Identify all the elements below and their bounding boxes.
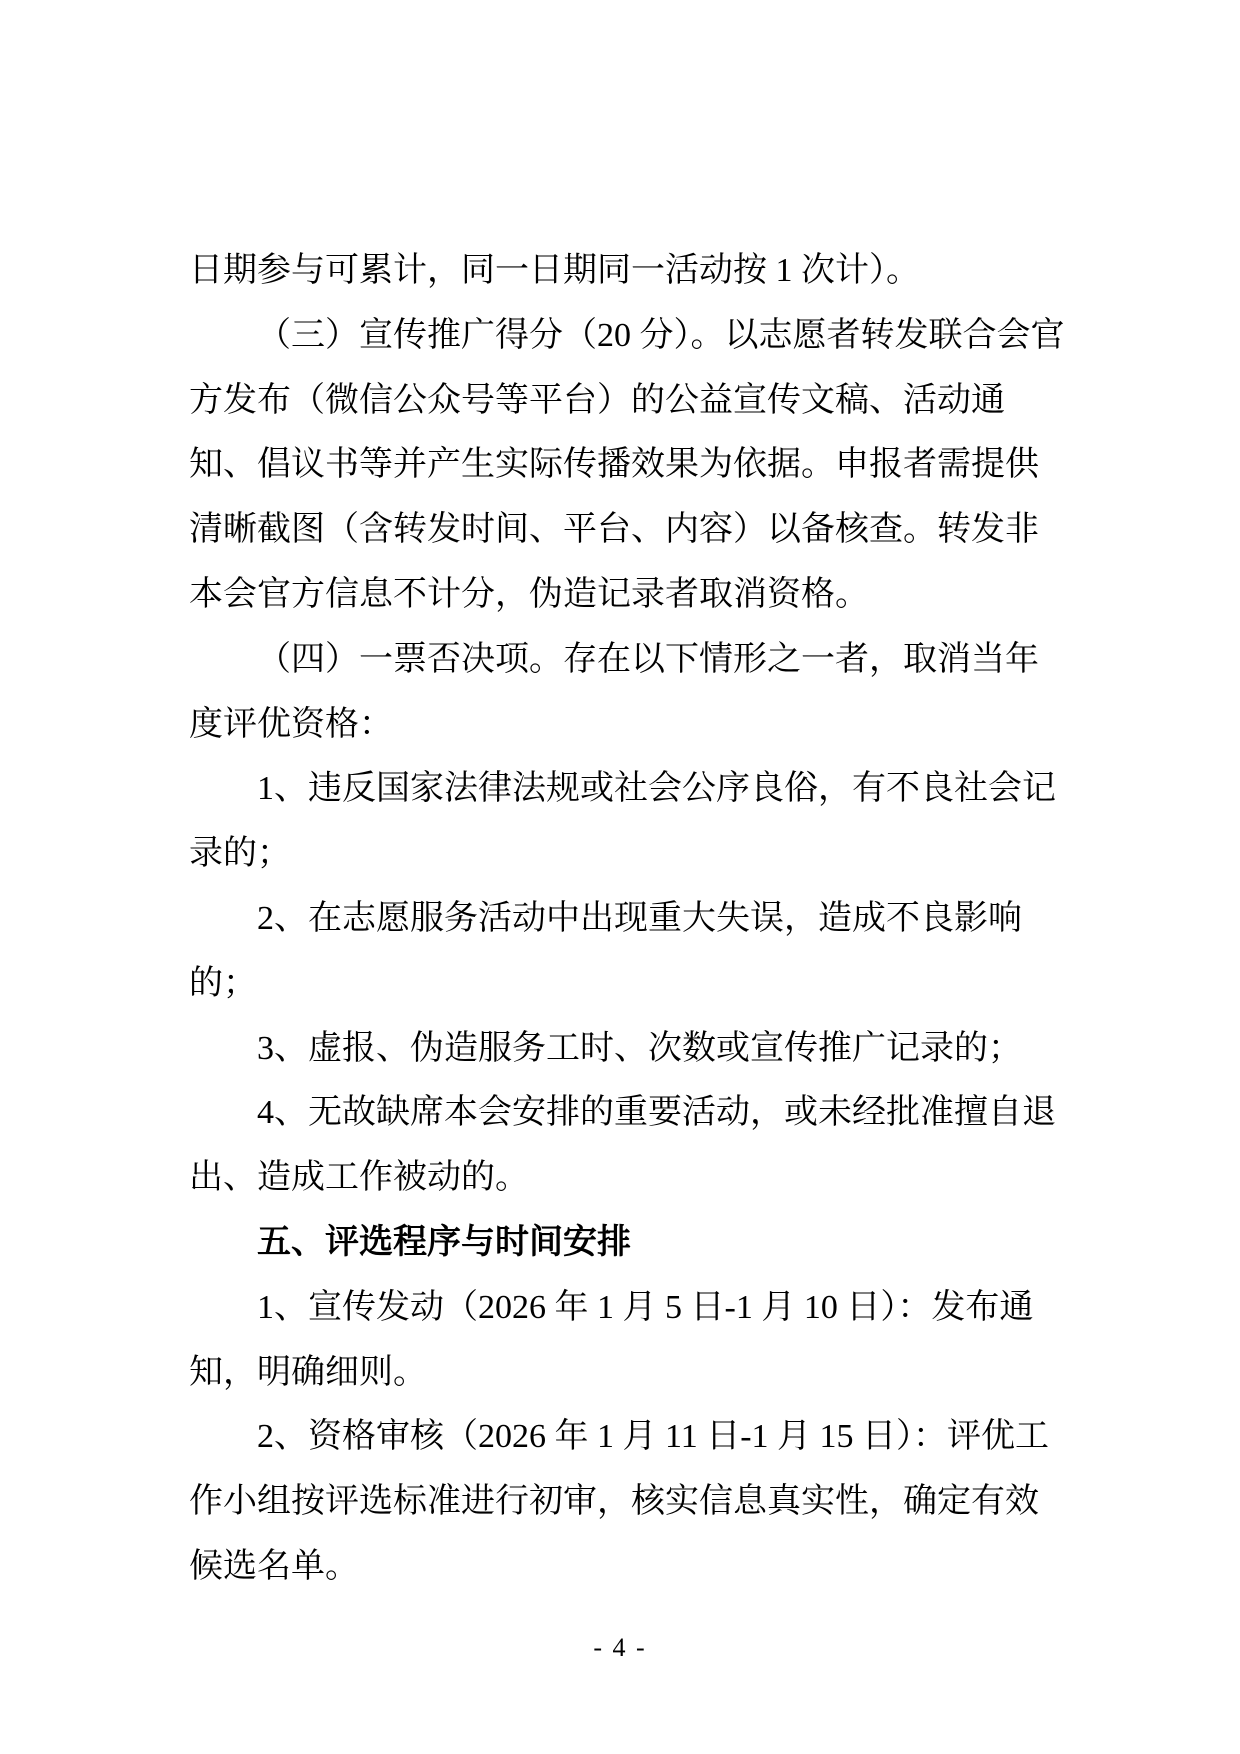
text-line: 方发布（微信公众号等平台）的公益宣传文稿、活动通 <box>189 369 1051 434</box>
text-line: （四）一票否决项。存在以下情形之一者，取消当年 <box>189 628 1051 693</box>
paragraph: 1、违反国家法律法规或社会公序良俗，有不良社会记录的； <box>189 757 1051 887</box>
paragraph: 4、无故缺席本会安排的重要活动，或未经批准擅自退出、造成工作被动的。 <box>189 1081 1051 1211</box>
text-line: 2、资格审核（2026 年 1 月 11 日-1 月 15 日）：评优工 <box>189 1405 1051 1470</box>
text-line: （三）宣传推广得分（20 分）。以志愿者转发联合会官 <box>189 304 1051 369</box>
text-line: 知，明确细则。 <box>189 1341 1051 1406</box>
paragraph: （三）宣传推广得分（20 分）。以志愿者转发联合会官方发布（微信公众号等平台）的… <box>189 304 1051 628</box>
text-line: 录的； <box>189 822 1051 887</box>
paragraph: 2、在志愿服务活动中出现重大失误，造成不良影响的； <box>189 887 1051 1017</box>
text-line: 出、造成工作被动的。 <box>189 1146 1051 1211</box>
text-line: 作小组按评选标准进行初审，核实信息真实性，确定有效 <box>189 1470 1051 1535</box>
paragraph: （四）一票否决项。存在以下情形之一者，取消当年度评优资格： <box>189 628 1051 758</box>
text-line: 日期参与可累计，同一日期同一活动按 1 次计）。 <box>189 239 1051 304</box>
text-line: 4、无故缺席本会安排的重要活动，或未经批准擅自退 <box>189 1081 1051 1146</box>
text-line: 知、倡议书等并产生实际传播效果为依据。申报者需提供 <box>189 433 1051 498</box>
paragraph: 3、虚报、伪造服务工时、次数或宣传推广记录的； <box>189 1017 1051 1082</box>
text-line: 3、虚报、伪造服务工时、次数或宣传推广记录的； <box>189 1017 1051 1082</box>
document-page: 日期参与可累计，同一日期同一活动按 1 次计）。（三）宣传推广得分（20 分）。… <box>0 0 1240 1754</box>
paragraph: 日期参与可累计，同一日期同一活动按 1 次计）。 <box>189 239 1051 304</box>
document-body: 日期参与可累计，同一日期同一活动按 1 次计）。（三）宣传推广得分（20 分）。… <box>189 239 1051 1600</box>
section-heading: 五、评选程序与时间安排 <box>189 1211 1051 1276</box>
text-line: 候选名单。 <box>189 1535 1051 1600</box>
text-line: 清晰截图（含转发时间、平台、内容）以备核查。转发非 <box>189 498 1051 563</box>
text-line: 1、违反国家法律法规或社会公序良俗，有不良社会记 <box>189 757 1051 822</box>
text-line: 1、宣传发动（2026 年 1 月 5 日-1 月 10 日）：发布通 <box>189 1276 1051 1341</box>
paragraph: 1、宣传发动（2026 年 1 月 5 日-1 月 10 日）：发布通知，明确细… <box>189 1276 1051 1406</box>
text-line: 的； <box>189 952 1051 1017</box>
paragraph: 2、资格审核（2026 年 1 月 11 日-1 月 15 日）：评优工作小组按… <box>189 1405 1051 1599</box>
page-number: - 4 - <box>189 1632 1051 1664</box>
text-line: 五、评选程序与时间安排 <box>189 1211 1051 1276</box>
text-line: 度评优资格： <box>189 693 1051 758</box>
text-line: 2、在志愿服务活动中出现重大失误，造成不良影响 <box>189 887 1051 952</box>
text-line: 本会官方信息不计分，伪造记录者取消资格。 <box>189 563 1051 628</box>
